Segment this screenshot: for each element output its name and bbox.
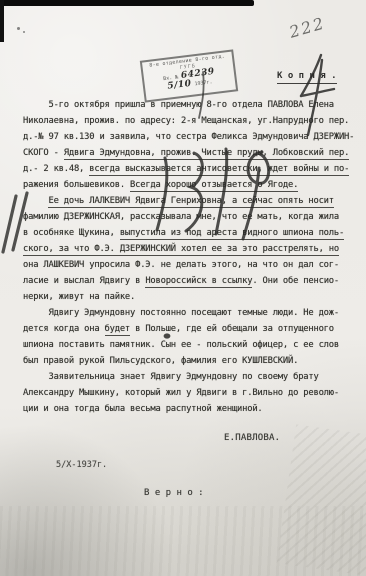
body-line: в особняке Щукина, выпустила из под арес…	[23, 225, 363, 241]
body-line: ского, за что Ф.Э. ДЗЕРЖИНСКИЙ хотел ее …	[23, 241, 363, 257]
body-line: дется когда она будет в Польше, где ей о…	[23, 321, 363, 337]
body-text: нерки, живут на пайке.	[23, 292, 135, 302]
body-text: д.-№ 97 кв.130 и заявила, что сестра Фел…	[23, 132, 354, 142]
body-text-underlined: Ядвига Эдмундовна, прожив. Чистые пруды,…	[64, 148, 349, 160]
ink-speck	[23, 31, 25, 33]
body-text-underlined: всегда высказывается антисоветски, ждет …	[89, 164, 349, 176]
body-line: ражения большевиков. Всегда хорошо отзыв…	[23, 177, 363, 193]
body-text: ласие и выслал Ядвигу в	[23, 276, 145, 286]
ink-speck	[17, 27, 20, 30]
body-text: Александру Мышкину, который жил у Ядвиги…	[23, 388, 339, 398]
body-text: Николаевна, прожив. по адресу: 2-я Мещан…	[23, 116, 349, 126]
body-text-underlined: выпустила из под ареста видного шпиона п…	[120, 228, 344, 240]
body-text: она ЛАШКЕВИЧ упросила Ф.Э. не делать это…	[23, 260, 339, 270]
body-line: она ЛАШКЕВИЧ упросила Ф.Э. не делать это…	[23, 257, 363, 273]
body-line: 5-го октября пришла в приемную 8-го отде…	[23, 97, 363, 113]
body-text: дется когда она	[23, 324, 105, 334]
body-text-underlined: ского, за что Ф.Э. ДЗЕРЖИНСКИЙ хотел ее …	[23, 244, 339, 256]
registration-stamp: 8-е отделение 8-го отд. ГУГБ Вх. № 64239…	[140, 49, 238, 102]
certified-label: В е р н о :	[144, 488, 204, 498]
body-line: нерки, живут на пайке.	[23, 289, 363, 305]
body-line: д.-№ 97 кв.130 и заявила, что сестра Фел…	[23, 129, 363, 145]
scan-edge-left	[0, 0, 4, 42]
body-text-underlined: Новороссийск в ссылку	[145, 276, 252, 288]
signature: Е.ПАВЛОВА.	[224, 433, 280, 443]
body-line: Заявительница знает Ядвигу Эдмундовну по…	[23, 369, 363, 385]
stamp-date-year: 1937г.	[194, 79, 213, 87]
body-line: д.- 2 кв.48, всегда высказывается антисо…	[23, 161, 363, 177]
body-text: 5-го октября пришла в приемную 8-го отде…	[23, 100, 334, 110]
body-line: шпиона поставить памятник. Сын ее - поль…	[23, 337, 363, 353]
body-text	[23, 196, 48, 206]
paper-wrinkle	[277, 424, 366, 575]
body-text-underlined: Ее дочь ЛАЛКЕВИЧ Ядвига Генриховна, а се…	[48, 196, 333, 208]
body-line: Ядвигу Эдмундовну постоянно посещают тем…	[23, 305, 363, 321]
body-line: Александру Мышкину, который жил у Ядвиги…	[23, 385, 363, 401]
page-number-handwritten: 222	[287, 13, 327, 41]
stamp-date-handwritten: 5/10	[167, 79, 192, 92]
body-text: Заявительница знает Ядвигу Эдмундовну по…	[23, 372, 319, 382]
scan-edge-top	[0, 0, 254, 6]
body-text: . Они обе пенсио-	[252, 276, 339, 286]
body-line: ласие и выслал Ядвигу в Новороссийск в с…	[23, 273, 363, 289]
copy-label: К о п и я .	[277, 71, 337, 84]
body-text: СКОГО -	[23, 148, 64, 158]
date-line: 5/X-1937г.	[56, 460, 107, 470]
body-text: фамилию ДЗЕРЖИНСКАЯ, рассказывала мне, ч…	[23, 212, 339, 222]
body-text: Ядвигу Эдмундовну постоянно посещают тем…	[23, 308, 339, 318]
body-text: в Польше, где ей обещали за отпущенного	[130, 324, 334, 334]
body-line: ции и она тогда была весьма распутной же…	[23, 401, 363, 417]
body-text-underlined: будет	[105, 324, 130, 336]
body-text: в особняке Щукина,	[23, 228, 120, 238]
document-body: 5-го октября пришла в приемную 8-го отде…	[23, 97, 363, 417]
body-line: фамилию ДЗЕРЖИНСКАЯ, рассказывала мне, ч…	[23, 209, 363, 225]
body-text: был правой рукой Пильсудского, фамилия е…	[23, 356, 298, 366]
body-text: шпиона поставить памятник. Сын ее - поль…	[23, 340, 339, 350]
body-text-underlined: Всегда хорошо отзывается о Ягоде.	[130, 180, 298, 192]
body-line: СКОГО - Ядвига Эдмундовна, прожив. Чисты…	[23, 145, 363, 161]
body-line: был правой рукой Пильсудского, фамилия е…	[23, 353, 363, 369]
body-line: Николаевна, прожив. по адресу: 2-я Мещан…	[23, 113, 363, 129]
body-line: Ее дочь ЛАЛКЕВИЧ Ядвига Генриховна, а се…	[23, 193, 363, 209]
body-text: ражения большевиков.	[23, 180, 130, 190]
body-text: ции и она тогда была весьма распутной же…	[23, 404, 263, 414]
document-page: 222 8-е отделение 8-го отд. ГУГБ Вх. № 6…	[0, 0, 366, 576]
body-text: д.- 2 кв.48,	[23, 164, 89, 174]
